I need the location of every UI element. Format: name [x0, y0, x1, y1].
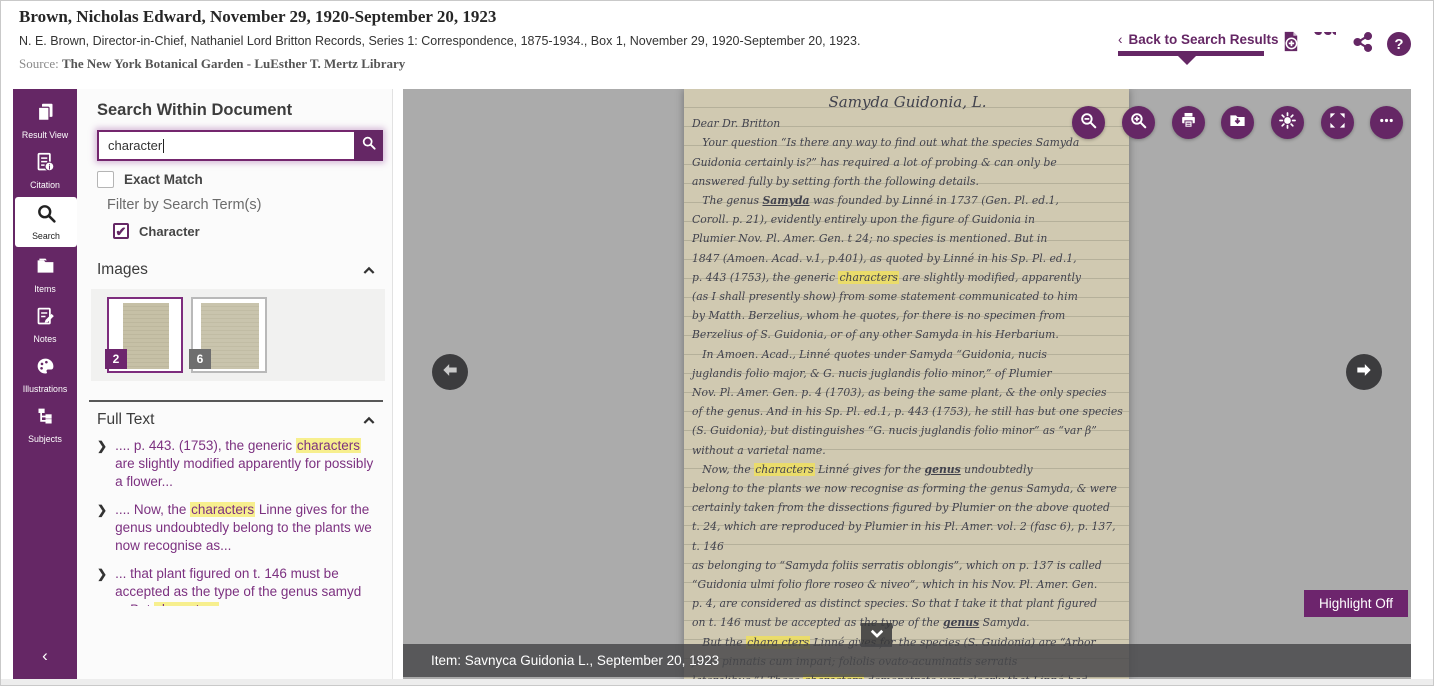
manuscript-line: answered fully by setting forth the foll…: [692, 172, 1123, 191]
manuscript-page[interactable]: Samyda Guidonia, L. Dear Dr. Britton You…: [684, 89, 1129, 679]
manuscript-line: Dear Dr. Britton: [692, 114, 1123, 133]
manuscript-line: Now, the characters Linné gives for the …: [692, 460, 1123, 479]
chevron-up-icon[interactable]: [361, 413, 377, 429]
manuscript-line: p. 443 (1753), the generic characters ar…: [692, 268, 1123, 287]
chevron-left-icon: ‹: [1118, 32, 1123, 47]
illustrations-icon: [35, 356, 56, 382]
manuscript-line: (as I shall presently show) from some st…: [692, 287, 1123, 306]
item-info-bar: Item: Savnyca Guidonia L., September 20,…: [403, 644, 1411, 677]
next-page-button[interactable]: [1346, 354, 1382, 390]
help-icon: ?: [1394, 36, 1403, 53]
manuscript-line: juglandis folio major, & G. nucis juglan…: [692, 364, 1123, 383]
panel-heading: Search Within Document: [97, 101, 292, 120]
document-breadcrumb: N. E. Brown, Director-in-Chief, Nathanie…: [19, 34, 860, 48]
cite-button[interactable]: ““: [1312, 32, 1336, 56]
page-thumbnail-6[interactable]: 6: [191, 297, 267, 373]
section-divider: [89, 400, 383, 402]
filter-term-character-checkbox[interactable]: ✔ Character: [113, 223, 200, 239]
manuscript-line: as belonging to “Samyda foliis serratis …: [692, 556, 1123, 575]
exact-match-checkbox[interactable]: Exact Match: [97, 171, 203, 188]
adjust-icon: [1278, 111, 1297, 135]
filter-by-search-terms-label: Filter by Search Term(s): [107, 197, 261, 213]
previous-page-button[interactable]: [432, 354, 468, 390]
sidebar-item-items[interactable]: Items: [13, 251, 77, 299]
share-button[interactable]: [1351, 32, 1375, 56]
manuscript-line: t. 24, which are reproduced by Plumier i…: [692, 517, 1123, 555]
sidebar-item-label: Subjects: [28, 435, 62, 444]
text-caret: [163, 139, 164, 153]
manuscript-line: Coroll. p. 21), evidently entirely upon …: [692, 210, 1123, 229]
chevron-right-icon: ❯: [97, 501, 107, 555]
source-label: Source:: [19, 56, 59, 71]
tool-rail: Result ViewiCitationSearchItemsNotesIllu…: [13, 89, 77, 686]
manuscript-line: by Matth. Berzelius, whom he quotes, for…: [692, 306, 1123, 325]
search-within-document-panel: Search Within Document character Exact M…: [77, 89, 393, 686]
chevron-up-icon[interactable]: [361, 263, 377, 279]
arrow-left-icon: [440, 360, 460, 385]
thumbnail-image: [123, 303, 169, 369]
items-icon: [35, 256, 56, 282]
zoom-out-button[interactable]: [1072, 106, 1105, 139]
checkbox-checked: ✔: [113, 223, 129, 239]
sidebar-item-label: Result View: [22, 131, 68, 140]
page-thumbnail-2[interactable]: 2: [107, 297, 183, 373]
share-icon: [1352, 31, 1374, 58]
svg-text:i: i: [48, 165, 50, 172]
manuscript-line: Berzelius of S. Guidonia, or of any othe…: [692, 325, 1123, 344]
fullscreen-button[interactable]: [1321, 106, 1354, 139]
zoom-out-icon: [1079, 111, 1098, 135]
page-number-badge: 2: [105, 349, 127, 369]
fulltext-results-list: ❯.... p. 443. (1753), the generic charac…: [97, 437, 379, 682]
manuscript-line: 1847 (Amoen. Acad. v.1, p.401), as quote…: [692, 249, 1123, 268]
sidebar-item-label: Search: [32, 232, 60, 241]
manuscript-line: Nov. Pl. Amer. Gen. p. 4 (1703), as bein…: [692, 383, 1123, 402]
manuscript-line: In Amoen. Acad., Linné quotes under Samy…: [692, 345, 1123, 364]
manuscript-title: Samyda Guidonia, L.: [692, 93, 1123, 112]
image-viewer: Samyda Guidonia, L. Dear Dr. Britton You…: [403, 89, 1411, 679]
get-document-icon: [1279, 30, 1302, 58]
sidebar-item-label: Citation: [30, 181, 60, 190]
search-icon: [361, 135, 377, 156]
result-snippet: .... Now, the characters Linne gives for…: [115, 501, 379, 555]
help-button[interactable]: ?: [1387, 32, 1411, 56]
manuscript-line: (S. Guidonia), but distinguishes “G. nuc…: [692, 421, 1123, 440]
manuscript-line: without a varietal name.: [692, 441, 1123, 460]
page-bottom-strip: [1, 679, 1434, 686]
sidebar-item-label: Notes: [34, 335, 57, 344]
manuscript-line: Plumier Nov. Pl. Amer. Gen. t 24; no spe…: [692, 229, 1123, 248]
chevron-right-icon: ❯: [97, 565, 107, 606]
zoom-in-button[interactable]: [1122, 106, 1155, 139]
manuscript-line: The genus Samyda was founded by Linné in…: [692, 191, 1123, 210]
download-button[interactable]: [1221, 106, 1254, 139]
collapse-panel-button[interactable]: ‹: [13, 641, 77, 671]
source-value: The New York Botanical Garden - LuEsther…: [62, 56, 405, 71]
document-viewer-page: Brown, Nicholas Edward, November 29, 192…: [0, 0, 1434, 686]
sidebar-item-label: Illustrations: [23, 385, 68, 394]
source-line: Source: The New York Botanical Garden - …: [19, 56, 405, 72]
sidebar-item-label: Items: [34, 285, 56, 294]
sidebar-item-illustrations[interactable]: Illustrations: [13, 351, 77, 399]
chevron-right-icon: ❯: [97, 437, 107, 491]
sidebar-item-citation[interactable]: iCitation: [13, 147, 77, 195]
search-input[interactable]: character: [97, 130, 354, 161]
subjects-icon: [35, 406, 56, 432]
exact-match-label: Exact Match: [124, 172, 203, 187]
more-options-button[interactable]: [1370, 106, 1403, 139]
cite-icon: ““: [1312, 32, 1336, 56]
page-title: Brown, Nicholas Edward, November 29, 192…: [19, 7, 496, 27]
sidebar-item-subjects[interactable]: Subjects: [13, 401, 77, 449]
get-document-button[interactable]: [1278, 32, 1302, 56]
images-section-header[interactable]: Images: [97, 261, 148, 279]
notes-icon: [35, 306, 56, 332]
citation-icon: i: [35, 152, 56, 178]
image-thumbnails-box: 26: [91, 289, 385, 381]
back-link-underline: [1118, 51, 1264, 56]
more-icon: [1377, 111, 1396, 135]
result-snippet: .... p. 443. (1753), the generic charact…: [115, 437, 379, 491]
fullscreen-icon: [1328, 111, 1347, 135]
sidebar-item-search[interactable]: Search: [15, 197, 77, 247]
fulltext-result-3[interactable]: ❯... that plant figured on t. 146 must b…: [97, 565, 379, 606]
sidebar-item-result-view[interactable]: Result View: [13, 97, 77, 145]
checkbox-unchecked: [97, 171, 114, 188]
back-to-search-results-link[interactable]: ‹Back to Search Results: [1118, 32, 1279, 47]
fulltext-section-header[interactable]: Full Text: [97, 411, 154, 429]
arrow-right-icon: [1354, 360, 1374, 385]
manuscript-line: Guidonia certainly is?” has required a l…: [692, 153, 1123, 172]
manuscript-line: “Guidonia ulmi folio flore roseo & niveo…: [692, 575, 1123, 594]
adjust-view-button[interactable]: [1271, 106, 1304, 139]
highlight-toggle-button[interactable]: Highlight Off: [1304, 590, 1408, 617]
print-button[interactable]: [1172, 106, 1205, 139]
manuscript-line: belong to the plants we now recognise as…: [692, 479, 1123, 498]
result-snippet: ... that plant figured on t. 146 must be…: [115, 565, 375, 606]
download-icon: [1228, 111, 1247, 135]
fulltext-result-1[interactable]: ❯.... p. 443. (1753), the generic charac…: [97, 437, 379, 491]
fulltext-result-2[interactable]: ❯.... Now, the characters Linne gives fo…: [97, 501, 379, 555]
sidebar-item-notes[interactable]: Notes: [13, 301, 77, 349]
search-submit-button[interactable]: [354, 130, 383, 161]
manuscript-line: p. 4, are considered as distinct species…: [692, 594, 1123, 613]
manuscript-line: of the genus. And in his Sp. Pl. ed.1, p…: [692, 402, 1123, 421]
manuscript-line: on t. 146 must be accepted as the type o…: [692, 613, 1123, 632]
result-view-icon: [35, 102, 56, 128]
manuscript-line: Your question “Is there any way to find …: [692, 133, 1123, 152]
print-icon: [1179, 111, 1198, 135]
page-number-badge: 6: [189, 349, 211, 369]
manuscript-line: certainly taken from the dissections fig…: [692, 498, 1123, 517]
item-title: Item: Savnyca Guidonia L., September 20,…: [431, 653, 719, 668]
zoom-in-icon: [1129, 111, 1148, 135]
filter-term-label: Character: [139, 224, 200, 239]
search-icon: [36, 203, 57, 229]
chevron-left-icon: ‹: [42, 646, 48, 666]
